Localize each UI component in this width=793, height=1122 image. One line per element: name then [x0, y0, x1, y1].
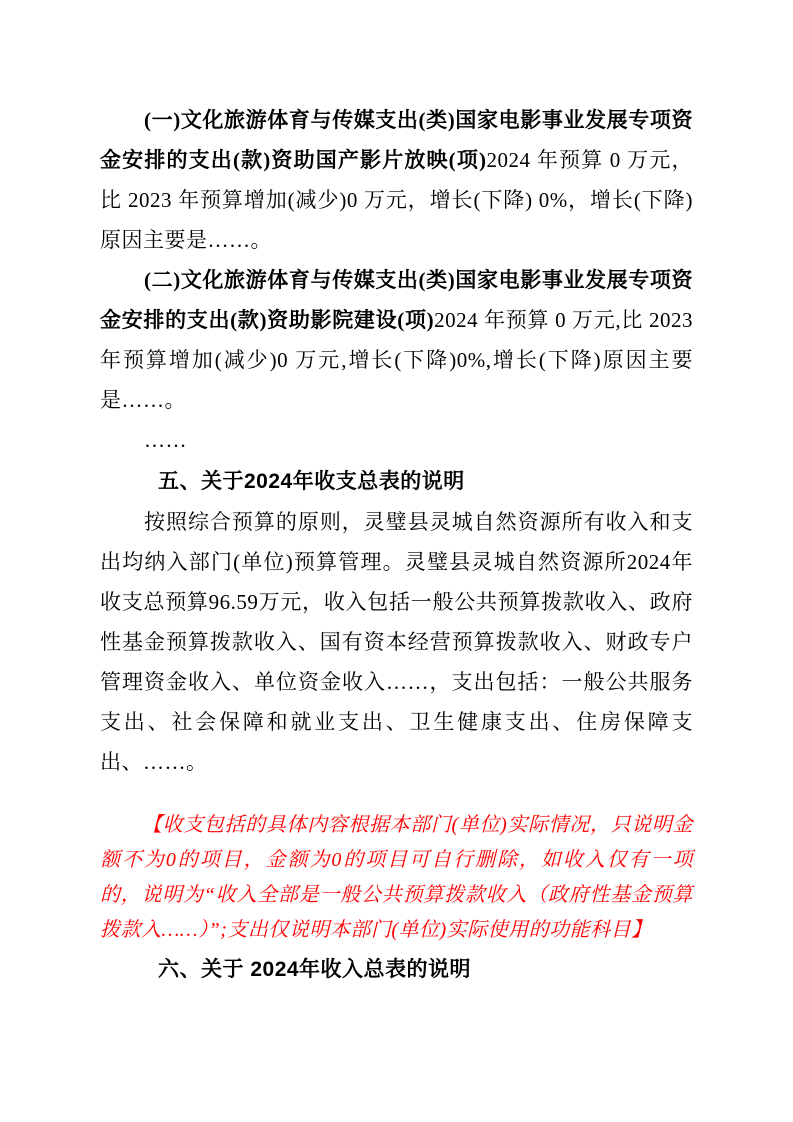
- paragraph-expense-item-1: (一)文化旅游体育与传媒支出(类)国家电影事业发展专项资金安排的支出(款)资助国…: [100, 100, 693, 260]
- template-instruction-note: 【收支包括的具体内容根据本部门(单位)实际情况，只说明金额不为0的项目，金额为0…: [100, 808, 693, 948]
- document-page: (一)文化旅游体育与传媒支出(类)国家电影事业发展专项资金安排的支出(款)资助国…: [0, 0, 793, 1122]
- section-5-heading: 五、关于2024年收支总表的说明: [100, 462, 693, 502]
- section-6-heading: 六、关于 2024年收入总表的说明: [100, 950, 693, 990]
- paragraph-expense-item-2: (二)文化旅游体育与传媒支出(类)国家电影事业发展专项资金安排的支出(款)资助影…: [100, 260, 693, 420]
- ellipsis-line: ……: [100, 420, 693, 460]
- paragraph-budget-summary: 按照综合预算的原则，灵璧县灵城自然资源所有收入和支出均纳入部门(单位)预算管理。…: [100, 502, 693, 782]
